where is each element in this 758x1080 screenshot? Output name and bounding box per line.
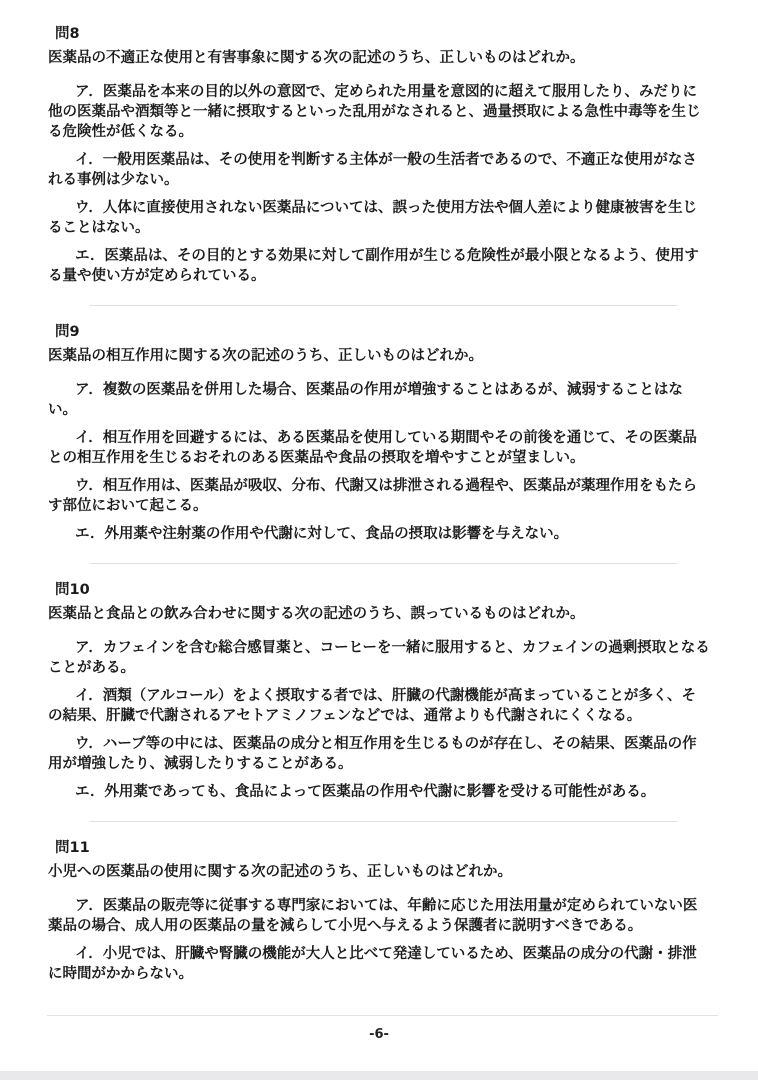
question-number: 問10 (55, 580, 710, 601)
question-number: 問8 (55, 24, 710, 45)
option-text: 人体に直接使用されない医薬品については、誤った使用方法や個人差により健康被害を生… (48, 200, 697, 236)
option-label: エ (75, 248, 90, 264)
option-separator: ． (88, 946, 103, 962)
option-paragraph: イ．一般用医薬品は、その使用を判断する主体が一般の生活者であるので、不適正な使用… (48, 150, 710, 190)
question-prompt: 医薬品の不適正な使用と有害事象に関する次の記述のうち、正しいものはどれか。 (48, 47, 710, 69)
option-label: イ (75, 946, 88, 962)
option-label: イ (75, 688, 88, 704)
section-divider (90, 305, 677, 306)
page-number: -6- (0, 1027, 758, 1042)
question-block-11: 問11 小児への医薬品の使用に関する次の記述のうち、正しいものはどれか。 ア．医… (48, 838, 710, 984)
question-prompt: 医薬品の相互作用に関する次の記述のうち、正しいものはどれか。 (48, 345, 710, 367)
option-separator: ． (90, 526, 105, 542)
option-text: 医薬品は、その目的とする効果に対して副作用が生じる危険性が最小限となるよう、使用… (48, 248, 699, 284)
option-paragraph: イ．小児では、肝臓や腎臓の機能が大人と比べて発達しているため、医薬品の成分の代謝… (48, 944, 710, 984)
section-divider (90, 821, 677, 822)
section-divider (90, 563, 677, 564)
option-label: ア (75, 640, 88, 656)
option-label: ア (75, 382, 88, 398)
option-separator: ． (90, 248, 105, 264)
question-prompt: 医薬品と食品との飲み合わせに関する次の記述のうち、誤っているものはどれか。 (48, 603, 710, 625)
option-paragraph: ア．医薬品を本来の目的以外の意図で、定められた用量を意図的に超えて服用したり、み… (48, 82, 710, 142)
option-paragraph: イ．相互作用を回避するには、ある医薬品を使用している期間やその前後を通じて、その… (48, 428, 710, 468)
option-separator: ． (88, 152, 103, 168)
option-text: 小児では、肝臓や腎臓の機能が大人と比べて発達しているため、医薬品の成分の代謝・排… (48, 946, 697, 982)
option-paragraph: エ．外用薬であっても、食品によって医薬品の作用や代謝に影響を受ける可能性がある。 (48, 782, 710, 802)
option-label: エ (75, 526, 90, 542)
question-number: 問9 (55, 322, 710, 343)
option-text: 酒類（アルコール）をよく摂取する者では、肝臓の代謝機能が高まっていることが多く、… (48, 688, 696, 724)
option-paragraph: エ．医薬品は、その目的とする効果に対して副作用が生じる危険性が最小限となるよう、… (48, 246, 710, 286)
option-paragraph: ア．カフェインを含む総合感冒薬と、コーヒーを一緒に服用すると、カフェインの過剰摂… (48, 638, 710, 678)
option-label: ア (75, 84, 88, 100)
option-text: 外用薬や注射薬の作用や代謝に対して、食品の摂取は影響を与えない。 (104, 526, 568, 542)
option-paragraph: ウ．ハーブ等の中には、医薬品の成分と相互作用を生じるものが存在し、その結果、医薬… (48, 734, 710, 774)
option-separator: ． (88, 688, 103, 704)
option-separator: ． (88, 200, 103, 216)
option-separator: ． (88, 478, 103, 494)
option-paragraph: ウ．人体に直接使用されない医薬品については、誤った使用方法や個人差により健康被害… (48, 198, 710, 238)
option-text: 一般用医薬品は、その使用を判断する主体が一般の生活者であるので、不適正な使用がな… (48, 152, 697, 188)
option-separator: ． (88, 898, 103, 914)
option-paragraph: ア．医薬品の販売等に従事する専門家においては、年齢に応じた用法用量が定められてい… (48, 896, 710, 936)
exam-document-page: 問8 医薬品の不適正な使用と有害事象に関する次の記述のうち、正しいものはどれか。… (0, 0, 758, 1080)
question-prompt: 小児への医薬品の使用に関する次の記述のうち、正しいものはどれか。 (48, 861, 710, 883)
question-number: 問11 (55, 838, 710, 859)
option-separator: ． (88, 640, 103, 656)
option-label: ウ (75, 736, 88, 752)
question-block-9: 問9 医薬品の相互作用に関する次の記述のうち、正しいものはどれか。 ア．複数の医… (48, 322, 710, 544)
option-label: イ (75, 152, 88, 168)
option-paragraph: ア．複数の医薬品を併用した場合、医薬品の作用が増強することはあるが、減弱すること… (48, 380, 710, 420)
question-block-10: 問10 医薬品と食品との飲み合わせに関する次の記述のうち、誤っているものはどれか… (48, 580, 710, 802)
option-paragraph: ウ．相互作用は、医薬品が吸収、分布、代謝又は排泄される過程や、医薬品が薬理作用を… (48, 476, 710, 516)
option-text: 外用薬であっても、食品によって医薬品の作用や代謝に影響を受ける可能性がある。 (104, 784, 655, 800)
option-separator: ． (88, 736, 103, 752)
option-separator: ． (88, 382, 103, 398)
option-text: 医薬品の販売等に従事する専門家においては、年齢に応じた用法用量が定められていない… (48, 898, 697, 934)
option-label: エ (75, 784, 90, 800)
option-text: 複数の医薬品を併用した場合、医薬品の作用が増強することはあるが、減弱することはな… (48, 382, 683, 418)
option-label: ウ (75, 200, 88, 216)
option-separator: ． (88, 430, 103, 446)
option-text: 医薬品を本来の目的以外の意図で、定められた用量を意図的に超えて服用したり、みだり… (48, 84, 701, 140)
option-text: 相互作用は、医薬品が吸収、分布、代謝又は排泄される過程や、医薬品が薬理作用をもた… (48, 478, 697, 514)
option-separator: ． (88, 84, 103, 100)
option-paragraph: エ．外用薬や注射薬の作用や代謝に対して、食品の摂取は影響を与えない。 (48, 524, 710, 544)
viewer-bottom-edge (0, 1071, 758, 1080)
option-text: ハーブ等の中には、医薬品の成分と相互作用を生じるものが存在し、その結果、医薬品の… (48, 736, 697, 772)
question-block-8: 問8 医薬品の不適正な使用と有害事象に関する次の記述のうち、正しいものはどれか。… (48, 24, 710, 286)
option-separator: ． (90, 784, 105, 800)
option-paragraph: イ．酒類（アルコール）をよく摂取する者では、肝臓の代謝機能が高まっていることが多… (48, 686, 710, 726)
option-text: カフェインを含む総合感冒薬と、コーヒーを一緒に服用すると、カフェインの過剰摂取と… (48, 640, 710, 676)
option-label: イ (75, 430, 88, 446)
option-label: ア (75, 898, 88, 914)
option-text: 相互作用を回避するには、ある医薬品を使用している期間やその前後を通じて、その医薬… (48, 430, 697, 466)
option-label: ウ (75, 478, 88, 494)
footer-divider (47, 1015, 718, 1016)
